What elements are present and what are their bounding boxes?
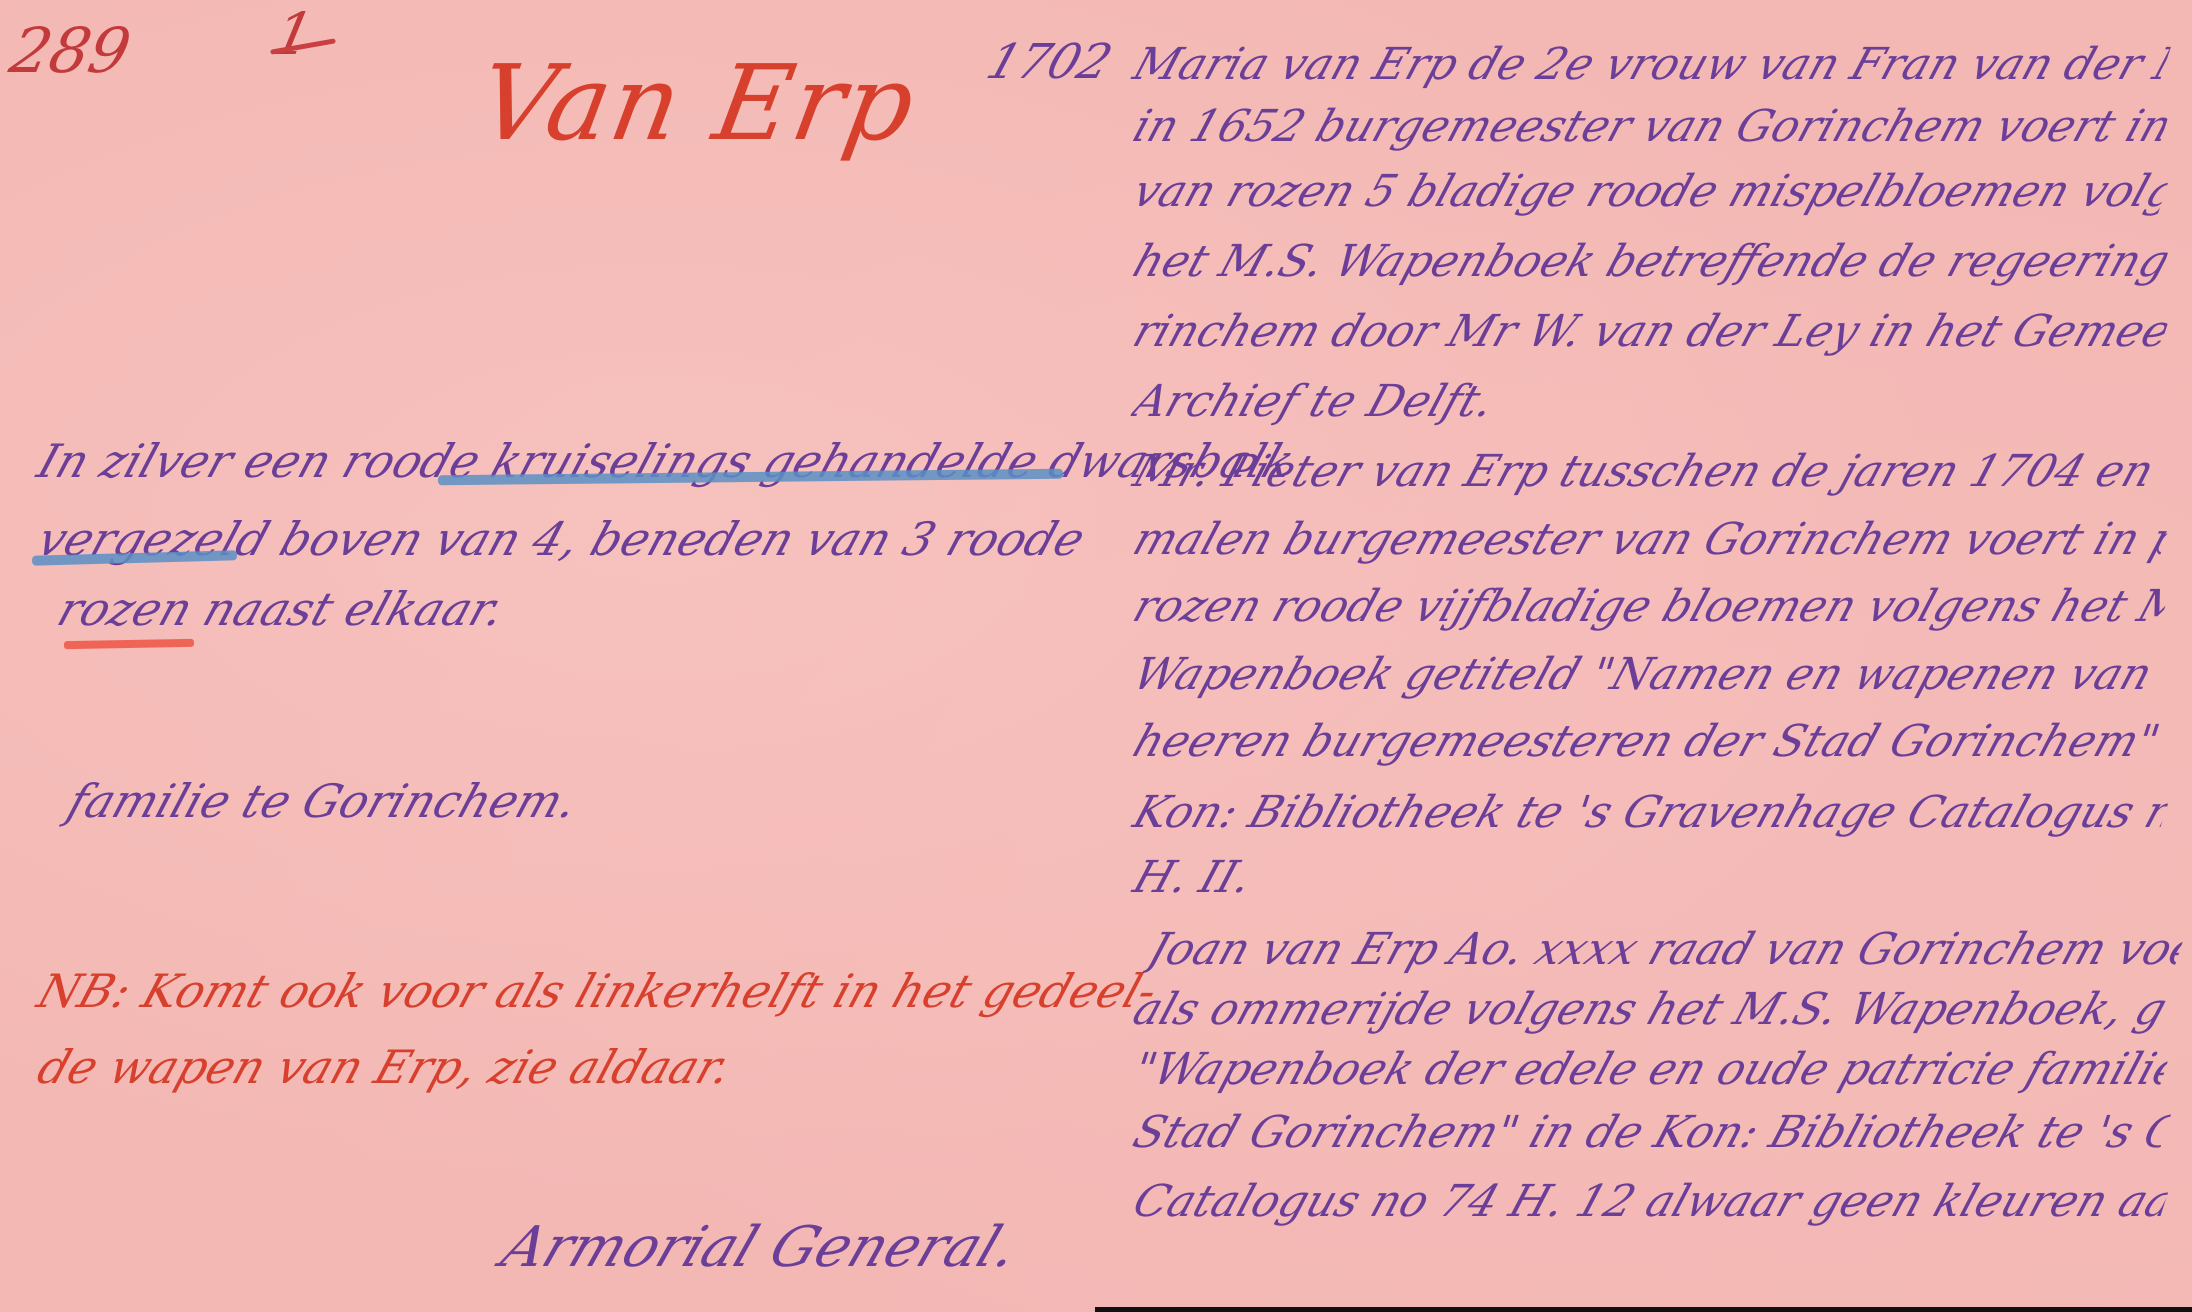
nb-note-line-1: NB: Komt ook voor als linkerhelft in het… (30, 960, 1166, 1022)
right-line-17: Stad Gorinchem" in de Kon: Bibliotheek t… (1125, 1103, 2174, 1163)
right-line-4: het M.S. Wapenboek betreffende de regeer… (1125, 232, 2174, 292)
right-line-6: Archief te Delft. (1125, 372, 2174, 432)
right-line-15: als ommerijde volgens het M.S. Wapenboek… (1125, 980, 2174, 1040)
source-signature: Armorial General. (493, 1215, 1027, 1280)
right-line-3: van rozen 5 bladige roode mispelbloemen … (1125, 162, 2174, 222)
right-line-7: Mr. Pieter van Erp tusschen de jaren 170… (1125, 442, 2174, 502)
red-pencil-underline (64, 639, 194, 649)
year-note: 1702 (980, 34, 1118, 90)
right-line-2: in 1652 burgemeester van Gorinchem voert… (1125, 97, 2174, 157)
nb-note-line-2: de wapen van Erp, zie aldaar. (30, 1036, 740, 1098)
right-line-10: Wapenboek getiteld "Namen en wapenen van… (1125, 645, 2174, 705)
right-line-12: Kon: Bibliotheek te 's Gravenhage Catalo… (1125, 783, 2174, 843)
right-line-1: Maria van Erp de 2e vrouw van Fran van d… (1125, 35, 2174, 95)
scan-border-edge (1095, 1307, 2192, 1312)
folio-number: 289 (4, 14, 136, 87)
right-line-18: Catalogus no 74 H. 12 alwaar geen kleure… (1125, 1172, 2174, 1232)
archival-card: 289 1 Van Erp 1702 In zilver een roode k… (0, 0, 2192, 1312)
right-line-11: heeren burgemeesteren der Stad Gorinchem… (1125, 712, 2174, 772)
right-line-9: rozen roode vijfbladige bloemen volgens … (1125, 577, 2174, 637)
right-line-8: malen burgemeester van Gorinchem voert i… (1125, 510, 2174, 570)
right-line-16: "Wapenboek der edele en oude patricie fa… (1125, 1040, 2174, 1100)
right-line-5: rinchem door Mr W. van der Ley in het Ge… (1125, 302, 2174, 362)
index-mark: 1 (268, 0, 319, 68)
family-location-line: familie te Gorinchem. (60, 770, 586, 832)
family-name-title: Van Erp (470, 42, 925, 164)
right-line-13: H. II. (1125, 848, 2174, 908)
blazon-line-3: rozen naast elkaar. (50, 578, 513, 640)
right-line-14: Joan van Erp Ao. xxxx raad van Gorinchem… (1140, 920, 2189, 980)
